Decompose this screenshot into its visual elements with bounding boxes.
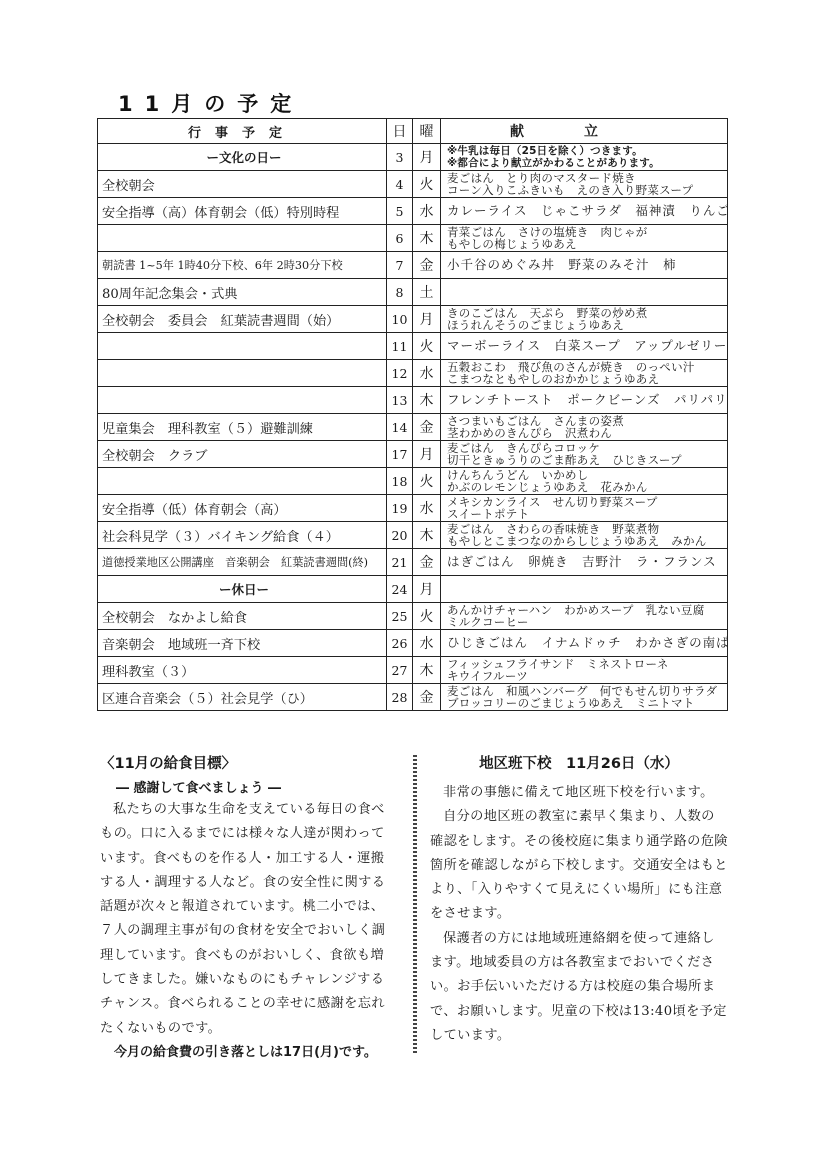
schedule-row: ー文化の日ー3月※牛乳は毎日（25日を除く）つきます。※都合により献立がかわるこ… xyxy=(98,144,728,171)
day-cell: 7 xyxy=(387,252,413,279)
weekday-cell: 月 xyxy=(413,441,441,468)
weekday-cell: 土 xyxy=(413,279,441,306)
event-cell xyxy=(98,225,387,252)
lunch-goal-subtitle: ― 感謝して食べましょう ― xyxy=(116,777,396,796)
district-dismissal-title: 地区班下校 11月26日（水） xyxy=(430,752,728,773)
day-cell: 25 xyxy=(387,603,413,630)
event-cell: 全校朝会 クラブ xyxy=(98,441,387,468)
menu-line: ほうれんそうのごまじょうゆあえ xyxy=(447,319,727,332)
menu-cell: はぎごはん 卵焼き 吉野汁 ラ・フランス xyxy=(441,549,728,576)
menu-cell xyxy=(441,576,728,603)
day-cell: 24 xyxy=(387,576,413,603)
menu-cell: フレンチトースト ポークビーンズ パリパリサラダ xyxy=(441,387,728,414)
menu-cell: ひじきごはん イナムドゥチ わかさぎの南ばん漬 xyxy=(441,630,728,657)
schedule-row: 音楽朝会 地域班一斉下校26水ひじきごはん イナムドゥチ わかさぎの南ばん漬 xyxy=(98,630,728,657)
menu-cell: メキシカンライス せん切り野菜スープスイートポテト xyxy=(441,495,728,522)
menu-line: 茎わかめのきんぴら 沢煮わん xyxy=(447,427,727,440)
weekday-cell: 金 xyxy=(413,414,441,441)
weekday-cell: 火 xyxy=(413,468,441,495)
menu-cell: 小千谷のめぐみ丼 野菜のみそ汁 柿 xyxy=(441,252,728,279)
schedule-row: 安全指導（高）体育朝会（低）特別時程5水カレーライス じゃこサラダ 福神漬 りん… xyxy=(98,198,728,225)
event-cell: 社会科見学（３）バイキング給食（４） xyxy=(98,522,387,549)
event-cell: 安全指導（高）体育朝会（低）特別時程 xyxy=(98,198,387,225)
schedule-row: 区連合音楽会（５）社会見学（ひ）28金麦ごはん 和風ハンバーグ 何でもせん切りサ… xyxy=(98,684,728,711)
menu-cell: けんちんうどん いかめしかぶのレモンじょうゆあえ 花みかん xyxy=(441,468,728,495)
menu-line: スイートポテト xyxy=(447,508,727,521)
event-cell: 朝読書 1~5年 1時40分下校、6年 2時30分下校 xyxy=(98,252,387,279)
event-cell: ー休日ー xyxy=(98,576,387,603)
weekday-cell: 水 xyxy=(413,360,441,387)
menu-line: ※都合により献立がかわることがあります。 xyxy=(447,157,727,170)
schedule-row: 児童集会 理科教室（５）避難訓練14金さつまいもごはん さんまの姿煮茎わかめのき… xyxy=(98,414,728,441)
day-cell: 21 xyxy=(387,549,413,576)
event-cell xyxy=(98,360,387,387)
column-divider xyxy=(413,755,417,1055)
menu-line: かぶのレモンじょうゆあえ 花みかん xyxy=(447,481,727,494)
event-cell xyxy=(98,333,387,360)
weekday-cell: 木 xyxy=(413,522,441,549)
event-cell xyxy=(98,468,387,495)
header-events: 行事予定 xyxy=(98,119,387,144)
district-dismissal-section: 地区班下校 11月26日（水） 非常の事態に備えて地区班下校を行います。 自分の… xyxy=(430,752,728,1048)
schedule-row: 全校朝会 委員会 紅葉読書週間（始）10月きのこごはん 天ぷら 野菜の炒め煮ほう… xyxy=(98,306,728,333)
schedule-row: 全校朝会 なかよし給食25火あんかけチャーハン わかめスープ 乳ない豆腐ミルクコ… xyxy=(98,603,728,630)
menu-line: ミルクコーヒー xyxy=(447,616,727,629)
day-cell: 5 xyxy=(387,198,413,225)
event-cell: 区連合音楽会（５）社会見学（ひ） xyxy=(98,684,387,711)
day-cell: 14 xyxy=(387,414,413,441)
schedule-row: 道徳授業地区公開講座 音楽朝会 紅葉読書週間(終)21金はぎごはん 卵焼き 吉野… xyxy=(98,549,728,576)
day-cell: 6 xyxy=(387,225,413,252)
menu-line: キウイフルーツ xyxy=(447,670,727,683)
menu-cell: 青菜ごはん さけの塩焼き 肉じゃがもやしの梅じょうゆあえ xyxy=(441,225,728,252)
schedule-row: 13木フレンチトースト ポークビーンズ パリパリサラダ xyxy=(98,387,728,414)
day-cell: 13 xyxy=(387,387,413,414)
day-cell: 19 xyxy=(387,495,413,522)
weekday-cell: 木 xyxy=(413,387,441,414)
day-cell: 28 xyxy=(387,684,413,711)
event-cell: 児童集会 理科教室（５）避難訓練 xyxy=(98,414,387,441)
header-menu: 献立 xyxy=(441,119,728,144)
menu-line: はぎごはん 卵焼き 吉野汁 ラ・フランス xyxy=(447,556,727,569)
weekday-cell: 木 xyxy=(413,657,441,684)
weekday-cell: 金 xyxy=(413,684,441,711)
menu-line: こまつなともやしのおかかじょうゆあえ xyxy=(447,373,727,386)
event-cell: 道徳授業地区公開講座 音楽朝会 紅葉読書週間(終) xyxy=(98,549,387,576)
page-title: 11月の予定 xyxy=(118,88,303,118)
weekday-cell: 金 xyxy=(413,549,441,576)
schedule-row: 理科教室（３）27木フィッシュフライサンド ミネストローネキウイフルーツ xyxy=(98,657,728,684)
weekday-cell: 月 xyxy=(413,576,441,603)
menu-cell: ※牛乳は毎日（25日を除く）つきます。※都合により献立がかわることがあります。 xyxy=(441,144,728,171)
schedule-row: 安全指導（低）体育朝会（高）19水メキシカンライス せん切り野菜スープスイートポ… xyxy=(98,495,728,522)
dismissal-paragraph-3: 保護者の方には地域班連絡網を使って連絡します。地域委員の方は各教室までおいでくだ… xyxy=(430,927,728,1048)
weekday-cell: 木 xyxy=(413,225,441,252)
schedule-row: 朝読書 1~5年 1時40分下校、6年 2時30分下校7金小千谷のめぐみ丼 野菜… xyxy=(98,252,728,279)
event-cell xyxy=(98,387,387,414)
header-day: 日 xyxy=(387,119,413,144)
menu-line: ひじきごはん イナムドゥチ わかさぎの南ばん漬 xyxy=(447,637,727,650)
dismissal-paragraph-1: 非常の事態に備えて地区班下校を行います。 xyxy=(430,781,728,805)
day-cell: 3 xyxy=(387,144,413,171)
schedule-row: 6木青菜ごはん さけの塩焼き 肉じゃがもやしの梅じょうゆあえ xyxy=(98,225,728,252)
weekday-cell: 月 xyxy=(413,306,441,333)
lunch-fee-note: 今月の給食費の引き落としは17日(月)です。 xyxy=(114,1041,396,1060)
weekday-cell: 金 xyxy=(413,252,441,279)
menu-cell: さつまいもごはん さんまの姿煮茎わかめのきんぴら 沢煮わん xyxy=(441,414,728,441)
event-cell: 安全指導（低）体育朝会（高） xyxy=(98,495,387,522)
weekday-cell: 火 xyxy=(413,171,441,198)
menu-line: 小千谷のめぐみ丼 野菜のみそ汁 柿 xyxy=(447,259,727,272)
menu-line: ※牛乳は毎日（25日を除く）つきます。 xyxy=(447,145,727,158)
menu-line: ブロッコリーのごまじょうゆあえ ミニトマト xyxy=(447,697,727,710)
day-cell: 4 xyxy=(387,171,413,198)
menu-line: カレーライス じゃこサラダ 福神漬 りんご xyxy=(447,205,727,218)
event-cell: 全校朝会 委員会 紅葉読書週間（始） xyxy=(98,306,387,333)
day-cell: 18 xyxy=(387,468,413,495)
day-cell: 8 xyxy=(387,279,413,306)
day-cell: 11 xyxy=(387,333,413,360)
menu-line: フレンチトースト ポークビーンズ パリパリサラダ xyxy=(447,394,727,407)
schedule-row: ー休日ー24月 xyxy=(98,576,728,603)
menu-cell: 麦ごはん 和風ハンバーグ 何でもせん切りサラダブロッコリーのごまじょうゆあえ ミ… xyxy=(441,684,728,711)
day-cell: 12 xyxy=(387,360,413,387)
schedule-row: 18火けんちんうどん いかめしかぶのレモンじょうゆあえ 花みかん xyxy=(98,468,728,495)
menu-cell: 五穀おこわ 飛び魚のさんが焼き のっぺい汁こまつなともやしのおかかじょうゆあえ xyxy=(441,360,728,387)
event-cell: 音楽朝会 地域班一斉下校 xyxy=(98,630,387,657)
weekday-cell: 水 xyxy=(413,495,441,522)
schedule-row: 80周年記念集会・式典8土 xyxy=(98,279,728,306)
menu-cell: 麦ごはん さわらの香味焼き 野菜煮物もやしとこまつなのからしじょうゆあえ みかん xyxy=(441,522,728,549)
dismissal-paragraph-2: 自分の地区班の教室に素早く集まり、人数の確認をします。その後校庭に集まり通学路の… xyxy=(430,805,728,926)
weekday-cell: 月 xyxy=(413,144,441,171)
menu-line: マーボーライス 白菜スープ アップルゼリー xyxy=(447,340,727,353)
weekday-cell: 火 xyxy=(413,333,441,360)
menu-line: もやしとこまつなのからしじょうゆあえ みかん xyxy=(447,535,727,548)
menu-line: コーン入りこふきいも えのき入り野菜スープ xyxy=(447,184,727,197)
header-weekday: 曜 xyxy=(413,119,441,144)
menu-cell: あんかけチャーハン わかめスープ 乳ない豆腐ミルクコーヒー xyxy=(441,603,728,630)
menu-cell: きのこごはん 天ぷら 野菜の炒め煮ほうれんそうのごまじょうゆあえ xyxy=(441,306,728,333)
menu-cell: フィッシュフライサンド ミネストローネキウイフルーツ xyxy=(441,657,728,684)
menu-cell xyxy=(441,279,728,306)
weekday-cell: 水 xyxy=(413,198,441,225)
menu-cell: 麦ごはん きんぴらコロッケ切干ときゅうりのごま酢あえ ひじきスープ xyxy=(441,441,728,468)
menu-cell: マーボーライス 白菜スープ アップルゼリー xyxy=(441,333,728,360)
event-cell: ー文化の日ー xyxy=(98,144,387,171)
event-cell: 全校朝会 xyxy=(98,171,387,198)
event-cell: 全校朝会 なかよし給食 xyxy=(98,603,387,630)
event-cell: 80周年記念集会・式典 xyxy=(98,279,387,306)
menu-line: もやしの梅じょうゆあえ xyxy=(447,238,727,251)
day-cell: 17 xyxy=(387,441,413,468)
lunch-goal-title: 〈11月の給食目標〉 xyxy=(100,752,396,773)
menu-cell: カレーライス じゃこサラダ 福神漬 りんご xyxy=(441,198,728,225)
lunch-goal-body: 私たちの大事な生命を支えている毎日の食べもの。口に入るまでには様々な人達が関わっ… xyxy=(100,798,396,1041)
day-cell: 26 xyxy=(387,630,413,657)
weekday-cell: 水 xyxy=(413,630,441,657)
schedule-body: ー文化の日ー3月※牛乳は毎日（25日を除く）つきます。※都合により献立がかわるこ… xyxy=(98,144,728,711)
schedule-row: 12水五穀おこわ 飛び魚のさんが焼き のっぺい汁こまつなともやしのおかかじょうゆ… xyxy=(98,360,728,387)
schedule-row: 11火マーボーライス 白菜スープ アップルゼリー xyxy=(98,333,728,360)
day-cell: 10 xyxy=(387,306,413,333)
weekday-cell: 火 xyxy=(413,603,441,630)
event-cell: 理科教室（３） xyxy=(98,657,387,684)
schedule-table: 行事予定 日 曜 献立 ー文化の日ー3月※牛乳は毎日（25日を除く）つきます。※… xyxy=(97,118,728,711)
menu-line: 切干ときゅうりのごま酢あえ ひじきスープ xyxy=(447,454,727,467)
schedule-row: 社会科見学（３）バイキング給食（４）20木麦ごはん さわらの香味焼き 野菜煮物も… xyxy=(98,522,728,549)
day-cell: 27 xyxy=(387,657,413,684)
day-cell: 20 xyxy=(387,522,413,549)
schedule-row: 全校朝会 クラブ17月麦ごはん きんぴらコロッケ切干ときゅうりのごま酢あえ ひじ… xyxy=(98,441,728,468)
schedule-row: 全校朝会4火麦ごはん とり肉のマスタード焼きコーン入りこふきいも えのき入り野菜… xyxy=(98,171,728,198)
menu-cell: 麦ごはん とり肉のマスタード焼きコーン入りこふきいも えのき入り野菜スープ xyxy=(441,171,728,198)
lunch-goal-section: 〈11月の給食目標〉 ― 感謝して食べましょう ― 私たちの大事な生命を支えてい… xyxy=(100,752,396,1060)
